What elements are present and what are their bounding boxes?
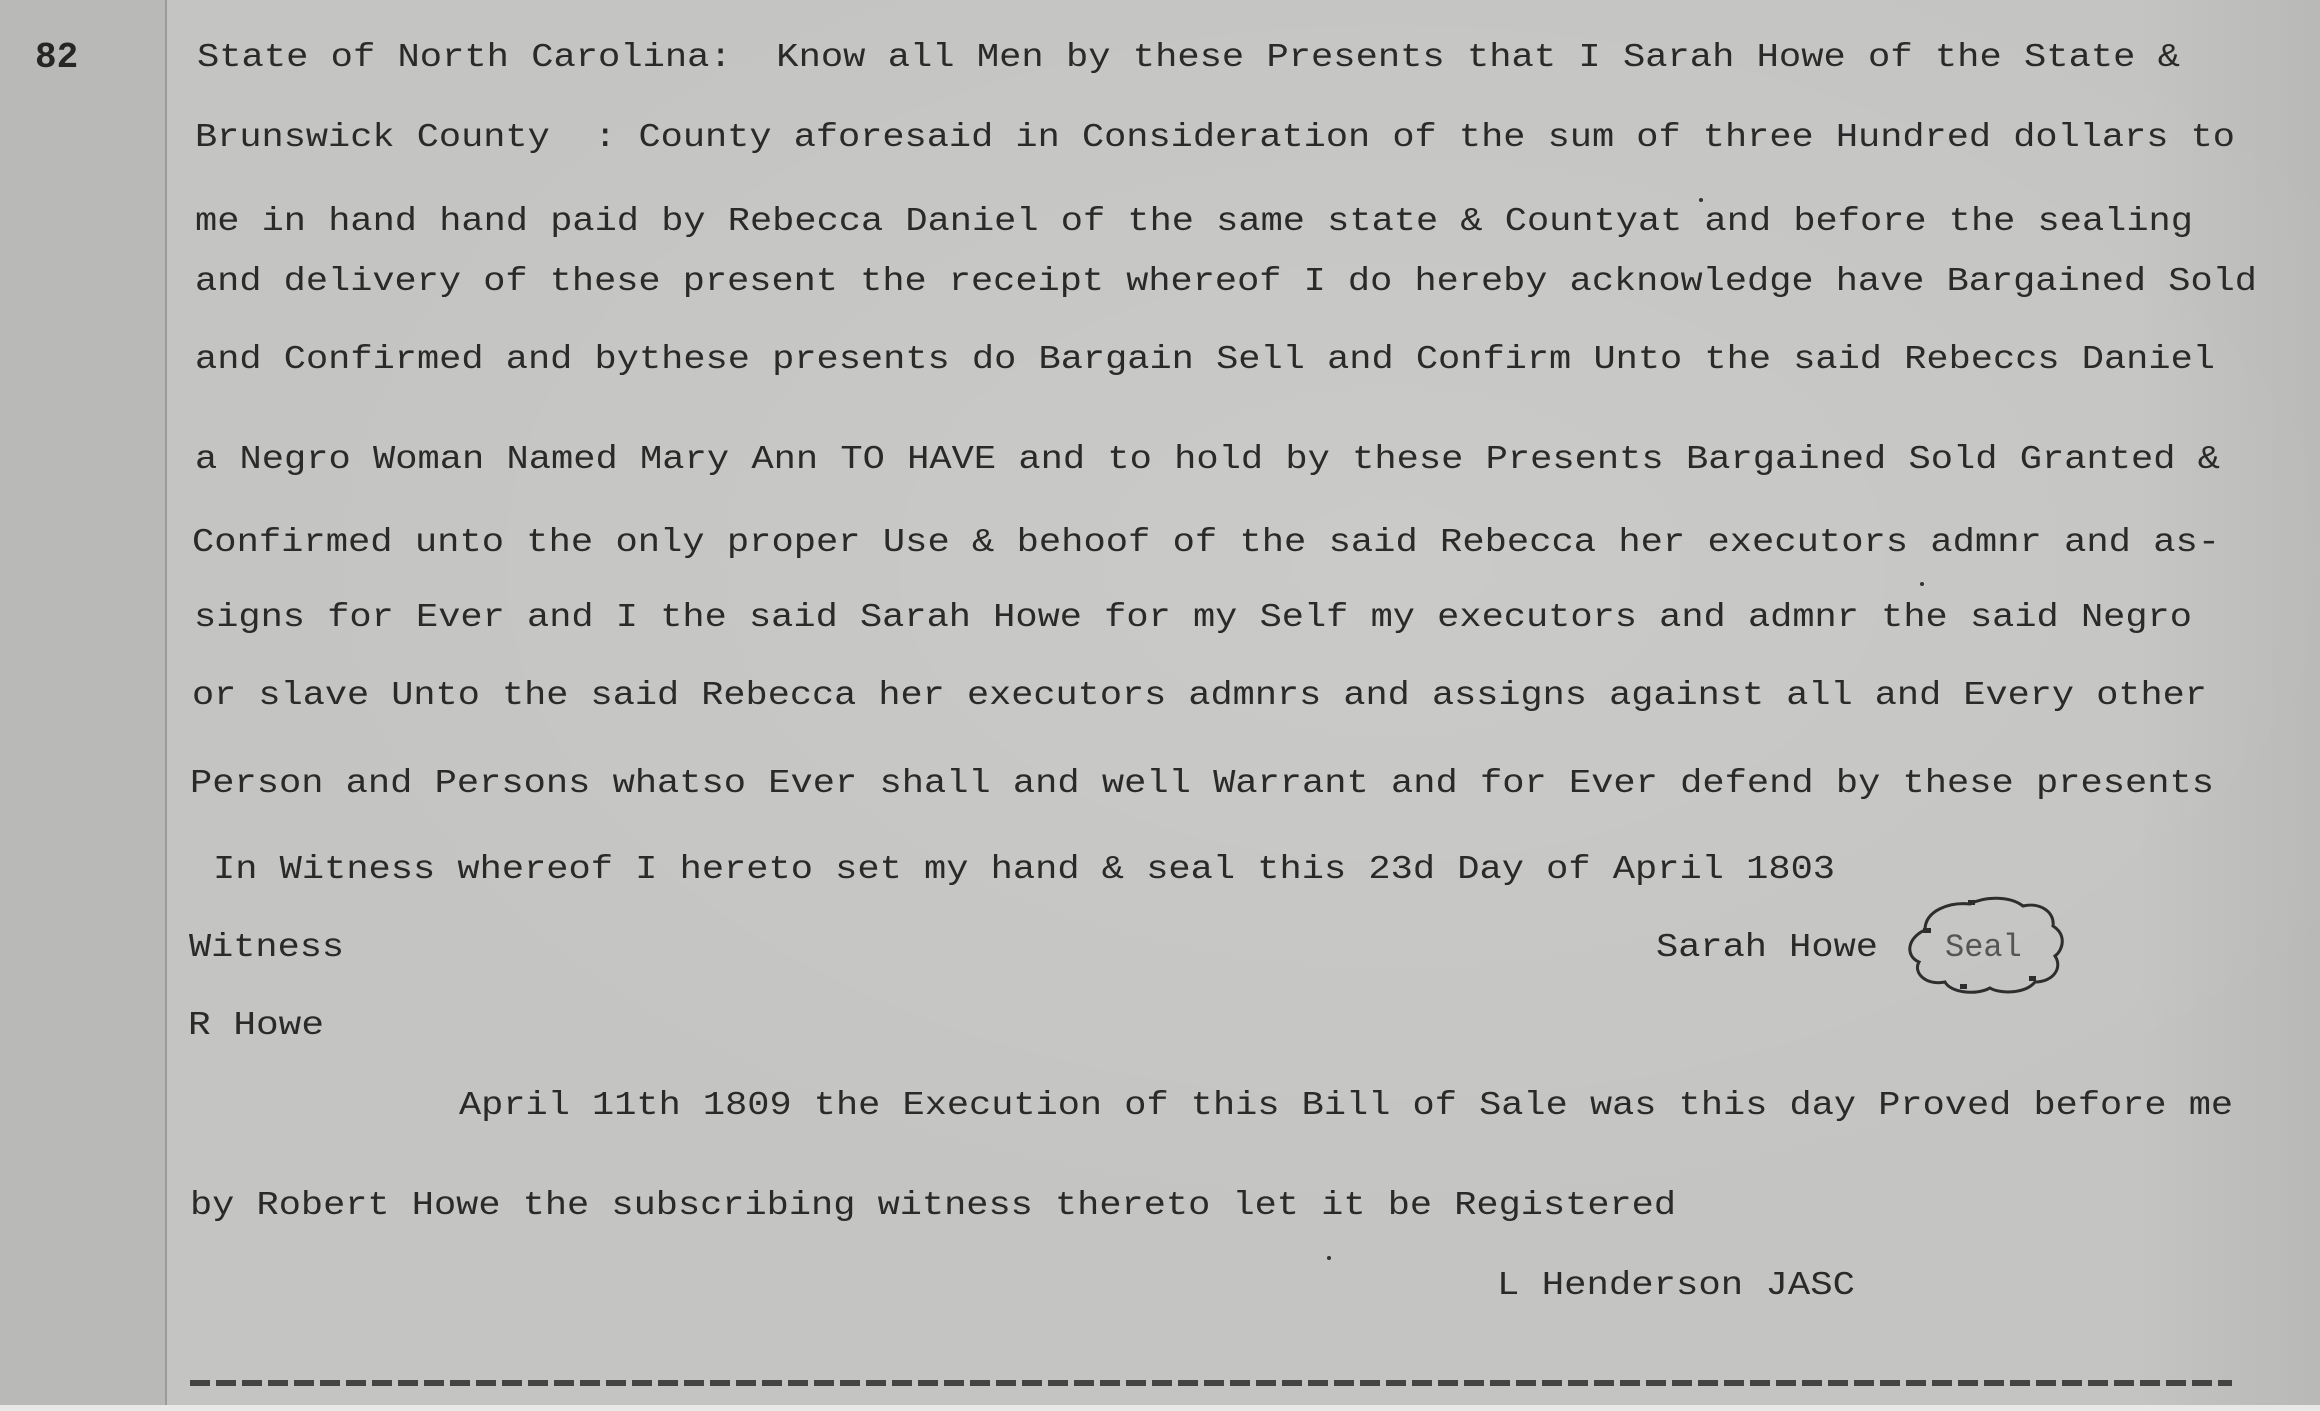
deed-line-1: State of North Carolina: Know all Men by… [197, 38, 2180, 78]
deed-line-9: or slave Unto the said Rebecca her execu… [192, 676, 2207, 716]
deed-line-2: Brunswick County : County aforesaid in C… [195, 118, 2235, 158]
deed-line-7: Confirmed unto the only proper Use & beh… [192, 523, 2220, 563]
probate-line-1: April 11th 1809 the Execution of this Bi… [459, 1086, 2233, 1126]
deed-line-8: signs for Ever and I the said Sarah Howe… [194, 598, 2192, 638]
witness-label: Witness [189, 928, 344, 968]
probate-line-2: by Robert Howe the subscribing witness t… [190, 1186, 1676, 1226]
closing-dashed-rule [190, 1380, 2232, 1386]
deed-line-10: Person and Persons whatso Ever shall and… [190, 764, 2214, 804]
witness-name: R Howe [188, 1006, 324, 1046]
official-signature: L Henderson JASC [1497, 1266, 1855, 1306]
document-page: 82 State of North Carolina: Know all Men… [0, 0, 2320, 1405]
deed-line-6: a Negro Woman Named Mary Ann TO HAVE and… [195, 440, 2220, 480]
seal-label: Seal [1945, 928, 2022, 968]
ink-speck [1920, 582, 1924, 586]
page-number: 82 [35, 40, 78, 76]
deed-line-5: and Confirmed and bythese presents do Ba… [195, 340, 2215, 380]
signatory-name: Sarah Howe [1656, 928, 1878, 968]
ink-speck [1699, 198, 1703, 202]
margin-rule [165, 0, 167, 1405]
deed-line-3: me in hand hand paid by Rebecca Daniel o… [195, 202, 2193, 242]
deed-line-4: and delivery of these present the receip… [195, 262, 2257, 302]
ink-speck [1327, 1256, 1331, 1260]
page-margin [0, 0, 165, 1405]
deed-line-11: In Witness whereof I hereto set my hand … [213, 850, 1835, 890]
